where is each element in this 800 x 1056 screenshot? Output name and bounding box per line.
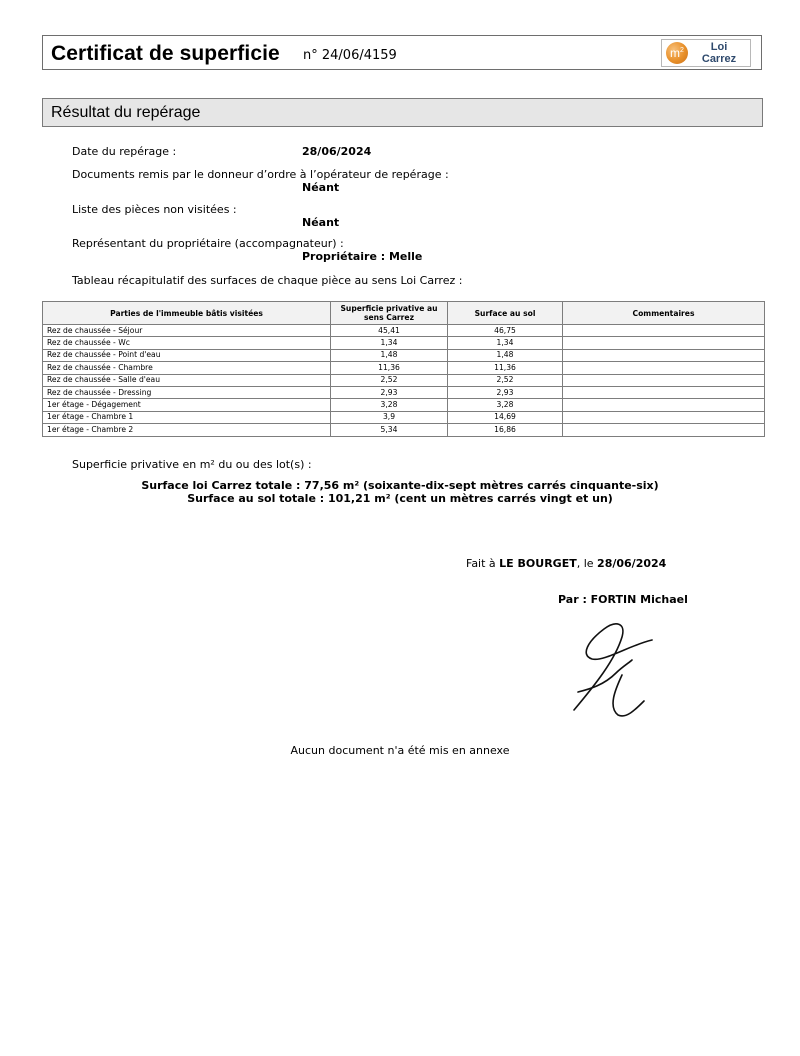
- comment-cell: [563, 424, 765, 436]
- signature-date: 28/06/2024: [597, 557, 666, 570]
- table-row: 1er étage - Dégagement3,283,28: [43, 399, 765, 411]
- column-header-room: Parties de l'immeuble bâtis visitées: [43, 302, 331, 325]
- annex-note: Aucun document n'a été mis en annexe: [0, 744, 800, 757]
- floor-surface-cell: 11,36: [448, 362, 563, 374]
- summary-label: Superficie privative en m² du ou des lot…: [72, 458, 312, 471]
- documents-value: Néant: [302, 181, 339, 194]
- floor-surface-cell: 1,34: [448, 337, 563, 349]
- comment-cell: [563, 325, 765, 337]
- room-cell: 1er étage - Chambre 2: [43, 424, 331, 436]
- table-header-row: Parties de l'immeuble bâtis visitées Sup…: [43, 302, 765, 325]
- comment-cell: [563, 362, 765, 374]
- non-visited-value: Néant: [302, 216, 339, 229]
- comment-cell: [563, 386, 765, 398]
- loi-carrez-logo: m2 Loi Carrez: [661, 39, 751, 67]
- certificate-number: n° 24/06/4159: [303, 48, 397, 63]
- room-cell: Rez de chaussée - Salle d'eau: [43, 374, 331, 386]
- logo-text: Loi Carrez: [688, 41, 750, 65]
- table-row: Rez de chaussée - Séjour45,4146,75: [43, 325, 765, 337]
- room-cell: 1er étage - Dégagement: [43, 399, 331, 411]
- m2-badge-icon: m2: [666, 42, 688, 64]
- room-cell: 1er étage - Chambre 1: [43, 411, 331, 423]
- carrez-surface-cell: 2,93: [331, 386, 448, 398]
- representative-value: Propriétaire : Melle: [302, 250, 422, 263]
- section-header: Résultat du repérage: [42, 98, 763, 127]
- floor-surface-cell: 1,48: [448, 349, 563, 361]
- carrez-surface-cell: 1,34: [331, 337, 448, 349]
- documents-label: Documents remis par le donneur d’ordre à…: [72, 168, 449, 181]
- room-cell: Rez de chaussée - Séjour: [43, 325, 331, 337]
- floor-surface-cell: 14,69: [448, 411, 563, 423]
- comment-cell: [563, 399, 765, 411]
- column-header-carrez: Superficie privative au sens Carrez: [331, 302, 448, 325]
- carrez-surface-cell: 5,34: [331, 424, 448, 436]
- certificate-header: Certificat de superficie n° 24/06/4159 m…: [42, 35, 762, 70]
- floor-surface-cell: 2,93: [448, 386, 563, 398]
- table-row: Rez de chaussée - Wc1,341,34: [43, 337, 765, 349]
- section-title: Résultat du repérage: [51, 104, 200, 122]
- carrez-surface-cell: 45,41: [331, 325, 448, 337]
- date-value: 28/06/2024: [302, 145, 371, 158]
- made-at-line: Fait à LE BOURGET, le 28/06/2024: [466, 557, 666, 570]
- non-visited-label: Liste des pièces non visitées :: [72, 203, 237, 216]
- floor-surface-cell: 3,28: [448, 399, 563, 411]
- floor-surface-cell: 16,86: [448, 424, 563, 436]
- column-header-floor: Surface au sol: [448, 302, 563, 325]
- table-row: Rez de chaussée - Point d'eau1,481,48: [43, 349, 765, 361]
- document-title: Certificat de superficie: [51, 42, 280, 66]
- comment-cell: [563, 411, 765, 423]
- floor-surface-cell: 46,75: [448, 325, 563, 337]
- surfaces-table: Parties de l'immeuble bâtis visitées Sup…: [42, 301, 765, 437]
- carrez-surface-cell: 11,36: [331, 362, 448, 374]
- signed-by: Par : FORTIN Michael: [558, 593, 688, 606]
- representative-label: Représentant du propriétaire (accompagna…: [72, 237, 344, 250]
- table-row: Rez de chaussée - Dressing2,932,93: [43, 386, 765, 398]
- room-cell: Rez de chaussée - Point d'eau: [43, 349, 331, 361]
- comment-cell: [563, 349, 765, 361]
- room-cell: Rez de chaussée - Wc: [43, 337, 331, 349]
- table-intro: Tableau récapitulatif des surfaces de ch…: [72, 274, 462, 287]
- city: LE BOURGET: [499, 557, 577, 570]
- floor-surface-cell: 2,52: [448, 374, 563, 386]
- carrez-surface-cell: 1,48: [331, 349, 448, 361]
- table-row: 1er étage - Chambre 25,3416,86: [43, 424, 765, 436]
- carrez-surface-cell: 3,9: [331, 411, 448, 423]
- date-label: Date du repérage :: [72, 145, 176, 158]
- comment-cell: [563, 374, 765, 386]
- table-row: Rez de chaussée - Salle d'eau2,522,52: [43, 374, 765, 386]
- table-row: Rez de chaussée - Chambre11,3611,36: [43, 362, 765, 374]
- room-cell: Rez de chaussée - Dressing: [43, 386, 331, 398]
- comment-cell: [563, 337, 765, 349]
- carrez-surface-cell: 3,28: [331, 399, 448, 411]
- floor-total: Surface au sol totale : 101,21 m² (cent …: [0, 492, 800, 505]
- column-header-comments: Commentaires: [563, 302, 765, 325]
- carrez-total: Surface loi Carrez totale : 77,56 m² (so…: [0, 479, 800, 492]
- room-cell: Rez de chaussée - Chambre: [43, 362, 331, 374]
- table-row: 1er étage - Chambre 13,914,69: [43, 411, 765, 423]
- carrez-surface-cell: 2,52: [331, 374, 448, 386]
- signature-image: [560, 615, 670, 725]
